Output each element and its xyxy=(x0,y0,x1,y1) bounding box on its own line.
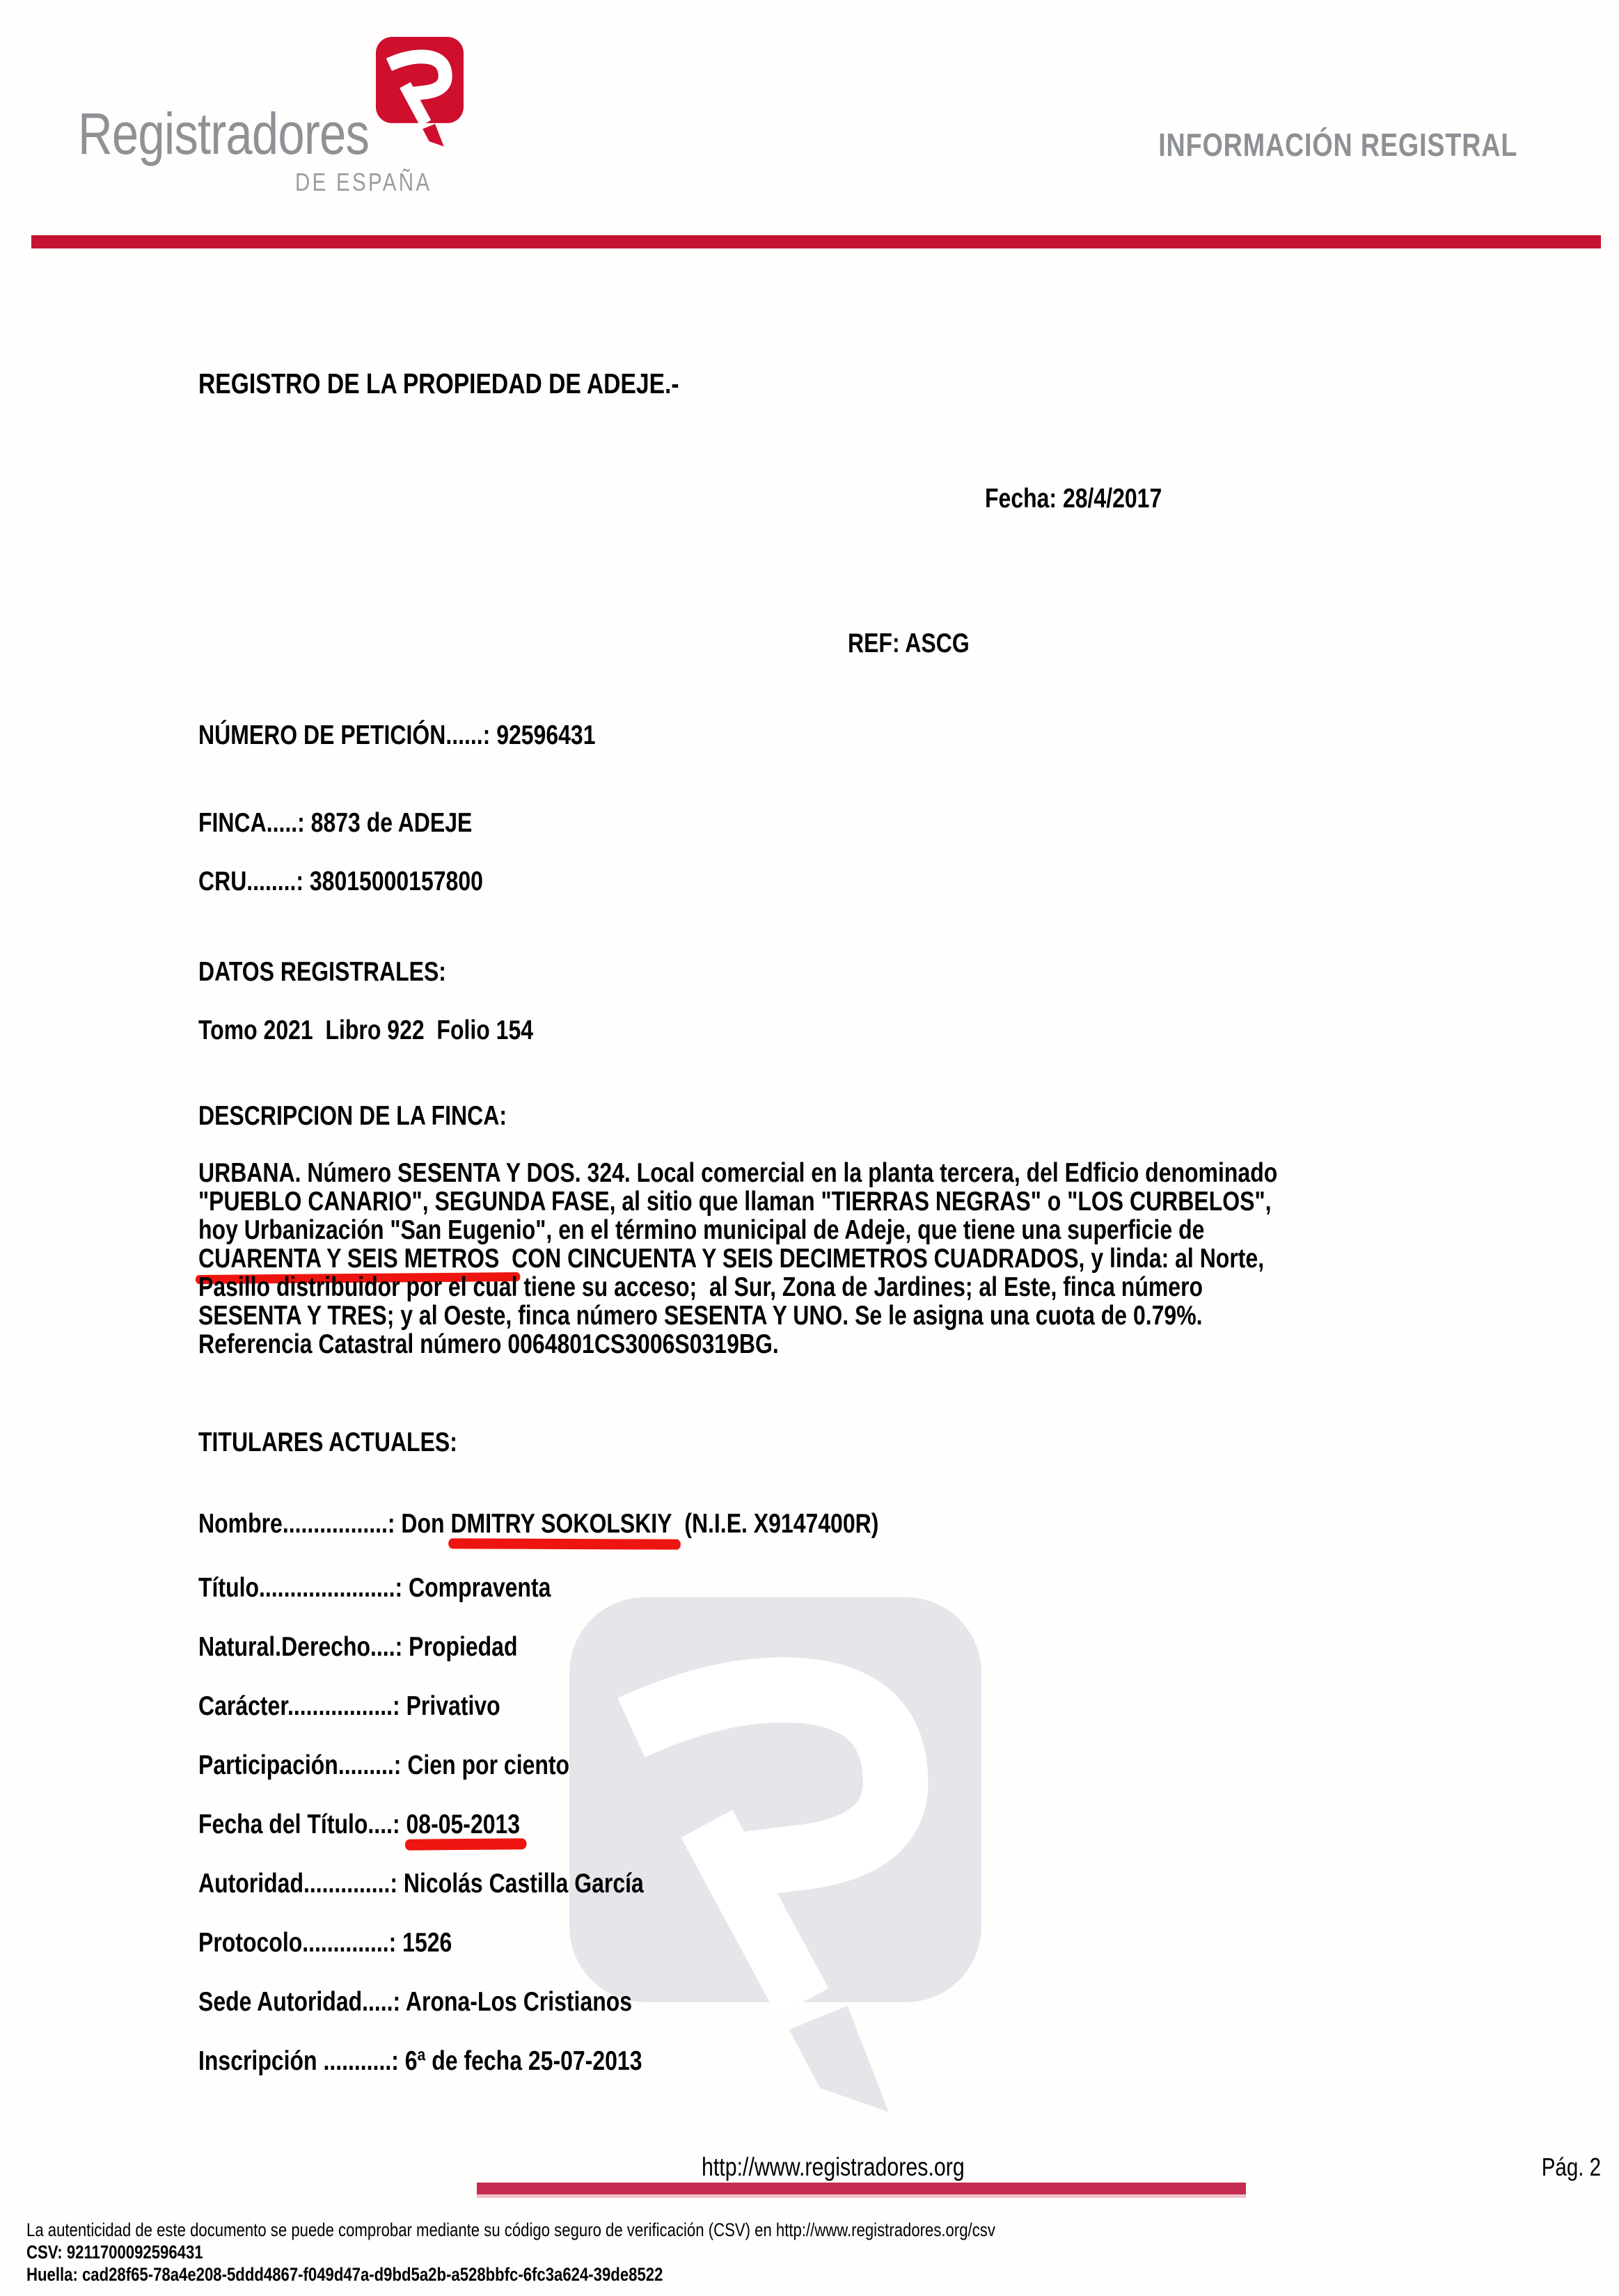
descripcion-line-7: Referencia Catastral número 0064801CS300… xyxy=(198,1331,779,1359)
nombre-nie: (N.I.E. X9147400R) xyxy=(672,1509,879,1539)
csv-code: CSV: 9211700092596431 xyxy=(26,2242,203,2262)
descripcion-heading: DESCRIPCION DE LA FINCA: xyxy=(198,1102,507,1131)
autoridad-line: Autoridad..............: Nicolás Castill… xyxy=(198,1870,644,1899)
csv-verification-text: La autenticidad de este documento se pue… xyxy=(26,2220,995,2240)
cru-line: CRU........: 38015000157800 xyxy=(198,868,483,896)
header-rule xyxy=(31,235,1601,248)
sede-autoridad-line: Sede Autoridad.....: Arona-Los Cristiano… xyxy=(198,1988,632,2017)
page-number: Pág. 2 xyxy=(1542,2154,1601,2180)
descripcion-line-4-rest: CON CINCUENTA Y SEIS DECIMETROS CUADRADO… xyxy=(499,1244,1264,1274)
brand-name: Registradores xyxy=(78,103,369,164)
descripcion-line-3: hoy Urbanización "San Eugenio", en el té… xyxy=(198,1217,1204,1245)
participacion-line: Participación.........: Cien por ciento xyxy=(198,1752,569,1780)
owner-name-underlined: DMITRY SOKOLSKIY xyxy=(450,1510,672,1539)
fecha-titulo-line: Fecha del Título....: 08-05-2013 xyxy=(198,1811,520,1839)
natural-derecho-line: Natural.Derecho....: Propiedad xyxy=(198,1633,517,1662)
request-number-line: NÚMERO DE PETICIÓN......: 92596431 xyxy=(198,722,595,750)
footer-url: http://www.registradores.org xyxy=(702,2154,965,2181)
inscripcion-line: Inscripción ...........: 6ª de fecha 25-… xyxy=(198,2048,642,2076)
nombre-line: Nombre.................: Don DMITRY SOKO… xyxy=(198,1510,878,1539)
registry-title: REGISTRO DE LA PROPIEDAD DE ADEJE.- xyxy=(198,369,679,399)
titulares-heading: TITULARES ACTUALES: xyxy=(198,1429,457,1457)
surface-underlined-text: CUARENTA Y SEIS METROS xyxy=(198,1245,499,1274)
date-line: Fecha: 28/4/2017 xyxy=(985,485,1162,514)
datos-registrales-heading: DATOS REGISTRALES: xyxy=(198,958,446,987)
descripcion-line-2: "PUEBLO CANARIO", SEGUNDA FASE, al sitio… xyxy=(198,1188,1271,1217)
brand-subtitle: DE ESPAÑA xyxy=(295,169,432,196)
descripcion-line-1: URBANA. Número SESENTA Y DOS. 324. Local… xyxy=(198,1159,1277,1188)
tomo-libro-folio-line: Tomo 2021 Libro 922 Folio 154 xyxy=(198,1017,533,1045)
registradores-logo-icon xyxy=(376,37,464,154)
descripcion-line-5: Pasillo distribuidor por el cual tiene s… xyxy=(198,1274,1203,1302)
fecha-titulo-underlined: 08-05-2013 xyxy=(406,1811,521,1839)
descripcion-line-4: CUARENTA Y SEIS METROS CON CINCUENTA Y S… xyxy=(198,1245,1264,1274)
document-type-title: INFORMACIÓN REGISTRAL xyxy=(1158,128,1517,161)
protocolo-line: Protocolo..............: 1526 xyxy=(198,1929,452,1958)
nombre-label: Nombre.................: Don xyxy=(198,1509,450,1539)
footer-bar xyxy=(477,2183,1246,2198)
ref-line: REF: ASCG xyxy=(848,630,970,658)
descripcion-line-6: SESENTA Y TRES; y al Oeste, finca número… xyxy=(198,1302,1203,1331)
finca-line: FINCA.....: 8873 de ADEJE xyxy=(198,809,472,838)
caracter-line: Carácter.................: Privativo xyxy=(198,1693,500,1721)
fecha-titulo-label: Fecha del Título....: xyxy=(198,1810,406,1839)
huella-code: Huella: cad28f65-78a4e208-5ddd4867-f049d… xyxy=(26,2265,663,2284)
titulo-line: Título......................: Compravent… xyxy=(198,1574,551,1603)
document-page: Registradores DE ESPAÑA INFORMACIÓN REGI… xyxy=(0,0,1619,2296)
